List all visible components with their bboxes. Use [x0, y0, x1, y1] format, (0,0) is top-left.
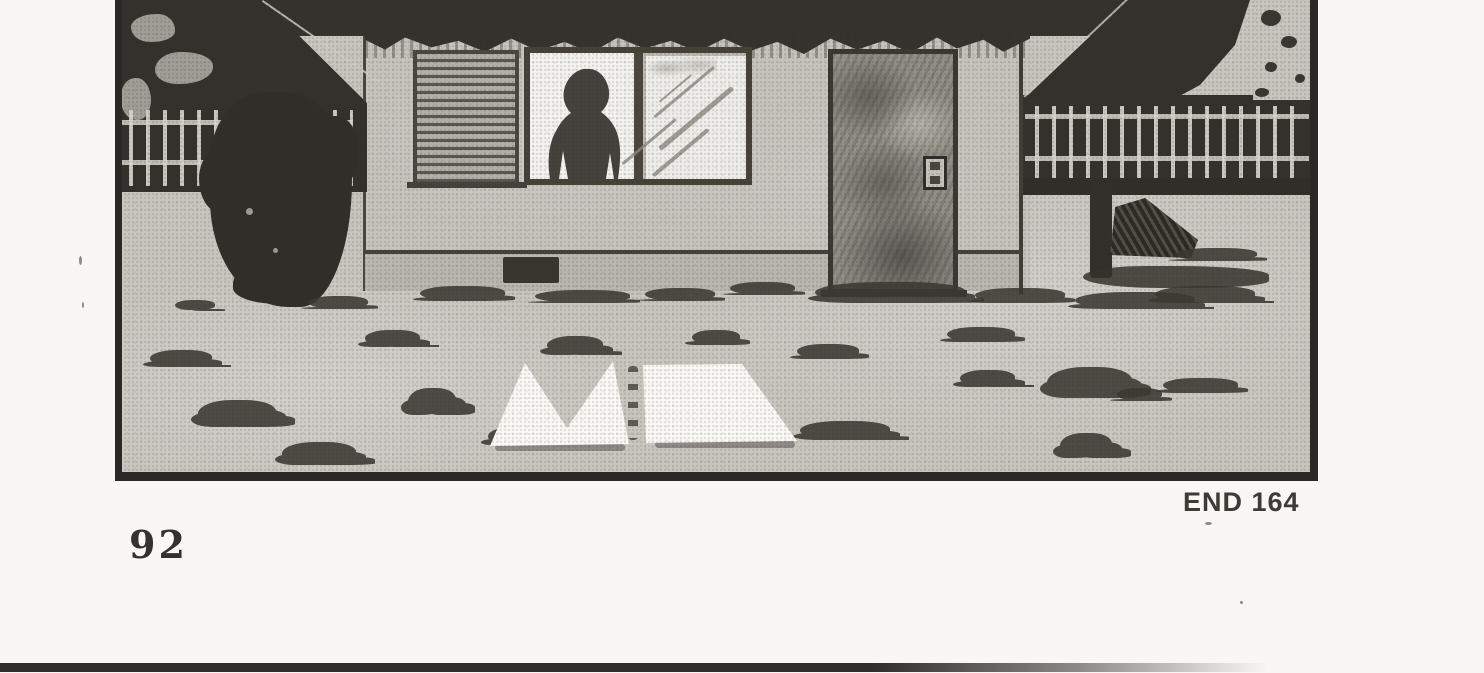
eaves-shadow: [255, 0, 1135, 36]
page-number: 92: [129, 522, 219, 566]
grass-tuft: [282, 442, 356, 464]
window-sash-divider: [634, 53, 643, 179]
grass-tuft: [198, 400, 276, 426]
fence-rail: [1025, 156, 1309, 161]
grass-tuft: [150, 350, 212, 366]
door-lock-plate: [923, 156, 947, 190]
panel-border-bottom: [115, 472, 1318, 481]
grass-tuft: [1060, 433, 1112, 457]
grass-tuft: [797, 344, 859, 358]
grass-tuft: [420, 286, 505, 300]
fence-base-right: [1023, 178, 1311, 195]
grass-tuft: [175, 300, 215, 310]
manga-panel: [115, 0, 1318, 481]
grass-tuft: [692, 330, 740, 344]
woman-silhouette: [530, 53, 634, 179]
grass-tuft: [975, 288, 1065, 302]
ground-shadow: [1083, 266, 1269, 288]
grass-tuft: [535, 290, 630, 302]
end-caption: END 164: [1183, 487, 1323, 519]
glass-mottle: [645, 55, 717, 81]
grass-tuft: [815, 282, 965, 302]
manga-page: END 164 92: [0, 0, 1484, 673]
bush-highlight: [273, 248, 278, 253]
louver-shutter: [413, 50, 519, 186]
grass-tuft: [408, 388, 456, 414]
print-speck: [1205, 522, 1212, 525]
grass-between-sheets: [628, 366, 638, 440]
grass-tuft: [1075, 292, 1195, 308]
white-sheet-left: [487, 358, 632, 448]
grass-tuft: [645, 288, 715, 300]
shutter-sill: [407, 182, 527, 188]
foundation-vent: [503, 257, 559, 283]
yard-post: [1090, 182, 1112, 278]
fence-rail: [1025, 114, 1309, 119]
panel-border-right: [1310, 0, 1318, 481]
print-speck: [82, 302, 84, 308]
grass-tuft: [365, 330, 420, 346]
grass-tuft: [800, 421, 890, 439]
grass-tuft: [1163, 378, 1238, 392]
bottom-rule: [0, 663, 1280, 672]
white-sheet-right: [640, 360, 800, 445]
grass-tuft: [730, 282, 795, 294]
grass-tuft: [547, 336, 603, 354]
lock-hole: [930, 162, 940, 170]
foliage-gap: [131, 14, 175, 42]
grass-tuft: [308, 296, 368, 308]
grass-tuft: [947, 327, 1015, 341]
print-speck: [79, 256, 82, 265]
print-speck: [1240, 601, 1243, 604]
grass-tuft: [1117, 388, 1162, 400]
bush-highlight: [246, 208, 253, 215]
bush-lobe: [199, 148, 241, 212]
panel-border-left: [115, 0, 122, 481]
grass-tuft: [960, 370, 1015, 386]
handle-hole: [930, 176, 940, 184]
grass-tuft: [1175, 248, 1257, 260]
